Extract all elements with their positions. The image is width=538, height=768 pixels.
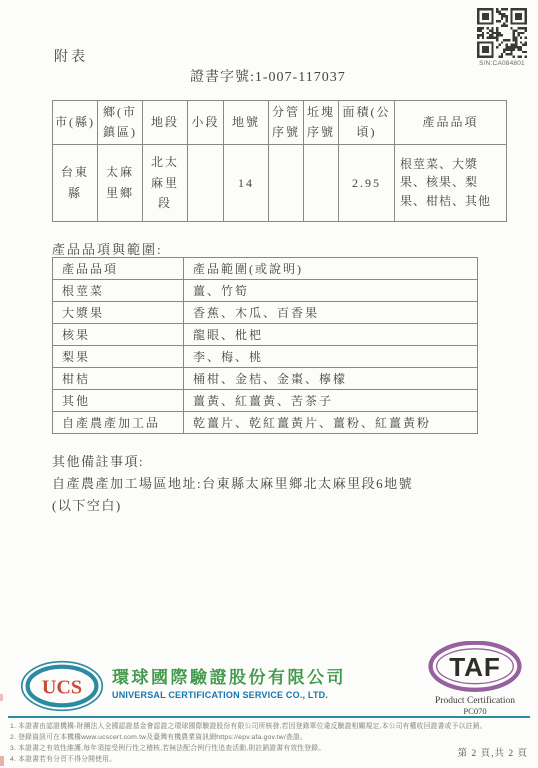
processing-site-address: 自產農產加工場區地址:台東縣太麻里鄉北太麻里段6地號 — [52, 473, 413, 492]
certificate-appendix-page: 附表 證書字號:1-007-117037 S/N:CA084801 市(縣) 鄉… — [0, 0, 538, 768]
product-scope: 李、梅、桃 — [184, 346, 478, 368]
certifier-name-block: 環球國際驗證股份有限公司 UNIVERSAL CERTIFICATION SER… — [112, 663, 346, 700]
cell-subsection — [188, 144, 224, 221]
taf-code: PC070 — [418, 706, 532, 716]
disclaimer-line: 4. 本證書若有分頁不得分開使用。 — [10, 754, 480, 765]
footer-divider — [8, 716, 530, 718]
page-indicator: 第 2 頁,共 2 頁 — [458, 745, 528, 759]
disclaimer-line: 2. 登錄資訊可在本機構www.ucscert.com.tw及臺灣有機農業資訊網… — [10, 732, 480, 743]
product-scope: 薑黃、紅薑黃、苦茶子 — [184, 390, 478, 412]
cell-area: 2.95 — [339, 144, 395, 221]
disclaimer-block: 1. 本證書由認證機構-財團法人全國認證基金會認證之環球國際驗證股份有限公司所核… — [10, 721, 480, 765]
taf-abbr-text: TAF — [449, 652, 500, 682]
taf-caption: Product Certification — [418, 696, 532, 706]
product-col-header: 產品品項 — [53, 258, 184, 280]
product-category: 自產農產加工品 — [53, 412, 184, 434]
qr-serial-number: S/N:CA084801 — [476, 60, 528, 67]
col-header-mgmt-no: 分管序號 — [269, 101, 304, 145]
cell-county: 台東縣 — [53, 144, 98, 221]
certifier-name-en: UNIVERSAL CERTIFICATION SERVICE CO., LTD… — [112, 690, 346, 700]
certificate-number: 證書字號:1-007-117037 — [190, 66, 346, 86]
product-scope-table: 產品品項 產品範圍(或說明) 根莖菜 薑、竹筍 大漿果 香蕉、木瓜、百香果 核果… — [52, 257, 478, 434]
col-header-products: 產品品項 — [395, 101, 507, 145]
table-row: 根莖菜 薑、竹筍 — [53, 280, 478, 302]
table-row: 其他 薑黃、紅薑黃、苦茶子 — [53, 390, 478, 412]
cell-lot-no: 14 — [224, 144, 269, 221]
product-category: 根莖菜 — [53, 280, 184, 302]
cell-section: 北太麻里段 — [143, 144, 188, 221]
product-scope-title: 產品品項與範圍: — [52, 239, 163, 258]
col-header-township: 鄉(市鎮區) — [98, 101, 143, 145]
product-category: 梨果 — [53, 346, 184, 368]
col-header-county: 市(縣) — [53, 101, 98, 145]
qr-block: S/N:CA084801 — [476, 8, 528, 67]
cell-township: 太麻里鄉 — [98, 144, 143, 221]
ucs-abbr-text: UCS — [42, 677, 82, 699]
qr-code-icon — [477, 8, 527, 58]
taf-logo: TAF — [427, 641, 523, 695]
cell-mgmt-no — [269, 144, 304, 221]
col-header-lot-no: 地號 — [224, 101, 269, 145]
table-row: 梨果 李、梅、桃 — [53, 346, 478, 368]
table-row: 柑桔 桶柑、金桔、金棗、檸檬 — [53, 368, 478, 390]
table-row: 自產農產加工品 乾薑片、乾紅薑黃片、薑粉、紅薑黃粉 — [53, 412, 478, 434]
land-table-data-row: 台東縣 太麻里鄉 北太麻里段 14 2.95 根莖菜、大漿果、核果、梨果、柑桔、… — [53, 144, 507, 221]
print-artifact — [0, 756, 4, 766]
product-scope: 桶柑、金桔、金棗、檸檬 — [184, 368, 478, 390]
col-header-block-no: 坵塊序號 — [304, 101, 339, 145]
appendix-label: 附表 — [54, 46, 88, 66]
col-header-subsection: 小段 — [188, 101, 224, 145]
product-category: 其他 — [53, 390, 184, 412]
ucs-logo: UCS — [20, 660, 104, 712]
disclaimer-line: 3. 本證書之有效性維護,每年須接受例行性之稽核,若無法配合例行性追查活動,則註… — [10, 743, 480, 754]
scope-col-header: 產品範圍(或說明) — [184, 258, 478, 280]
product-scope: 香蕉、木瓜、百香果 — [184, 302, 478, 324]
product-category: 大漿果 — [53, 302, 184, 324]
product-scope: 乾薑片、乾紅薑黃片、薑粉、紅薑黃粉 — [184, 412, 478, 434]
land-parcel-table: 市(縣) 鄉(市鎮區) 地段 小段 地號 分管序號 坵塊序號 面積(公頃) 產品… — [52, 100, 507, 222]
product-table-header-row: 產品品項 產品範圍(或說明) — [53, 258, 478, 280]
blank-below-note: (以下空白) — [52, 495, 122, 514]
remarks-title: 其他備註事項: — [52, 451, 144, 470]
table-row: 核果 龍眼、枇杷 — [53, 324, 478, 346]
land-table-header-row: 市(縣) 鄉(市鎮區) 地段 小段 地號 分管序號 坵塊序號 面積(公頃) 產品… — [53, 101, 507, 145]
certifier-name-zh: 環球國際驗證股份有限公司 — [112, 663, 346, 688]
product-scope: 龍眼、枇杷 — [184, 324, 478, 346]
col-header-area: 面積(公頃) — [339, 101, 395, 145]
col-header-section: 地段 — [143, 101, 188, 145]
product-category: 核果 — [53, 324, 184, 346]
table-row: 大漿果 香蕉、木瓜、百香果 — [53, 302, 478, 324]
disclaimer-line: 1. 本證書由認證機構-財團法人全國認證基金會認證之環球國際驗證股份有限公司所核… — [10, 721, 480, 732]
product-category: 柑桔 — [53, 368, 184, 390]
product-scope: 薑、竹筍 — [184, 280, 478, 302]
cell-products: 根莖菜、大漿果、核果、梨果、柑桔、其他 — [395, 144, 507, 221]
taf-accreditation-block: TAF Product Certification PC070 — [418, 641, 532, 716]
cell-block-no — [304, 144, 339, 221]
print-artifact — [0, 694, 3, 701]
